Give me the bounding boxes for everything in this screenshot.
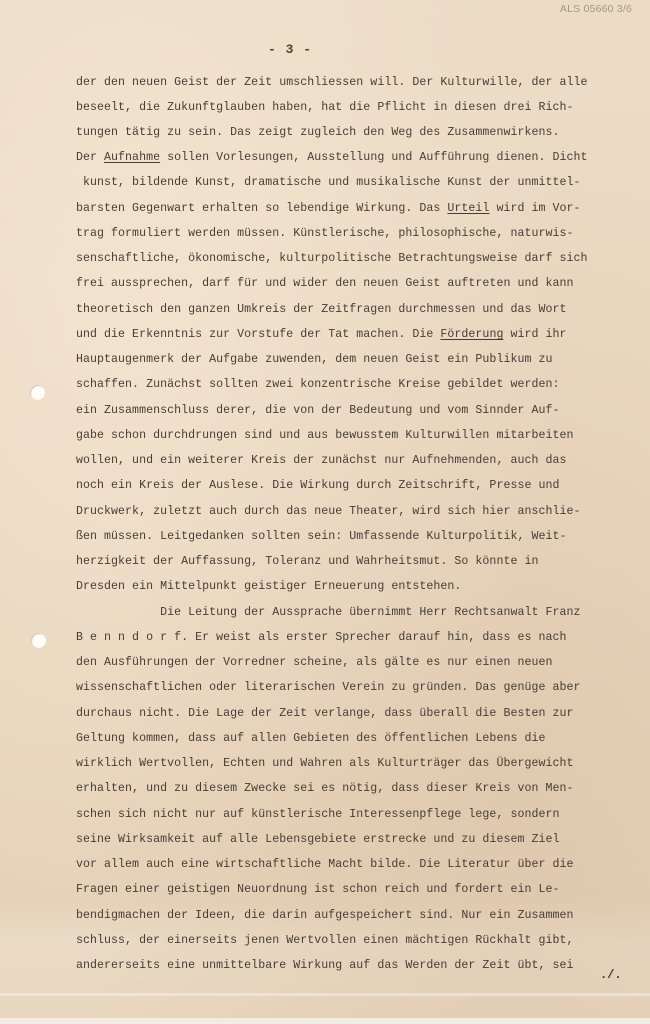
text-line: schen sich nicht nur auf künstlerische I… bbox=[76, 808, 560, 821]
text-line: erhalten, und zu diesem Zwecke sei es nö… bbox=[76, 782, 574, 795]
text-line: Die Leitung der Aussprache übernimmt Her… bbox=[76, 606, 581, 619]
text-line: der den neuen Geist der Zeit umschliesse… bbox=[76, 76, 588, 89]
text-line: schaffen. Zunächst sollten zwei konzentr… bbox=[76, 378, 560, 391]
underlined-term: Förderung bbox=[440, 328, 503, 341]
text-line: Dresden ein Mittelpunkt geistiger Erneue… bbox=[76, 580, 461, 593]
paper-bottom-edge bbox=[0, 1018, 650, 1024]
text-line: durchaus nicht. Die Lage der Zeit verlan… bbox=[76, 707, 574, 720]
text-line: wirklich Wertvollen, Echten und Wahren a… bbox=[76, 757, 574, 770]
text-line: Der Aufnahme sollen Vorlesungen, Ausstel… bbox=[76, 151, 588, 164]
text-line: Fragen einer geistigen Neuordnung ist sc… bbox=[76, 883, 560, 896]
text-line: Geltung kommen, dass auf allen Gebieten … bbox=[76, 732, 546, 745]
text-line: barsten Gegenwart erhalten so lebendige … bbox=[76, 202, 581, 215]
text-line: B e n n d o r f. Er weist als erster Spr… bbox=[76, 631, 567, 644]
text-line: Druckwerk, zuletzt auch durch das neue T… bbox=[76, 505, 581, 518]
text-line: ein Zusammenschluss derer, die von der B… bbox=[76, 404, 560, 417]
text-line: tungen tätig zu sein. Das zeigt zugleich… bbox=[76, 126, 560, 139]
text-line: herzigkeit der Auffassung, Toleranz und … bbox=[76, 555, 539, 568]
punch-hole-icon bbox=[31, 633, 46, 648]
archive-reference: ALS 05660 3/6 bbox=[560, 3, 632, 15]
text-line: andererseits eine unmittelbare Wirkung a… bbox=[76, 959, 574, 972]
text-line: vor allem auch eine wirtschaftliche Mach… bbox=[76, 858, 574, 871]
text-line: theoretisch den ganzen Umkreis der Zeitf… bbox=[76, 303, 567, 316]
text-line: frei aussprechen, darf für und wider den… bbox=[76, 277, 574, 290]
text-line: bendigmachen der Ideen, die darin aufges… bbox=[76, 909, 574, 922]
punch-hole-icon bbox=[30, 385, 45, 400]
typewritten-page: ALS 05660 3/6 - 3 - der den neuen Geist … bbox=[0, 0, 650, 1024]
text-line: und die Erkenntnis zur Vorstufe der Tat … bbox=[76, 328, 567, 341]
text-line: wollen, und ein weiterer Kreis der zunäc… bbox=[76, 454, 567, 467]
text-line: Hauptaugenmerk der Aufgabe zuwenden, dem… bbox=[76, 353, 553, 366]
text-line: noch ein Kreis der Auslese. Die Wirkung … bbox=[76, 479, 560, 492]
text-line: gabe schon durchdrungen sind und aus bew… bbox=[76, 429, 574, 442]
continuation-mark: ./. bbox=[600, 968, 622, 982]
text-line: trag formuliert werden müssen. Künstleri… bbox=[76, 227, 574, 240]
underlined-term: Urteil bbox=[447, 202, 489, 215]
text-line: beseelt, die Zukunftglauben haben, hat d… bbox=[76, 101, 574, 114]
paper-fold-line bbox=[0, 993, 650, 996]
text-line: schluss, der einerseits jenen Wertvollen… bbox=[76, 934, 574, 947]
text-line: senschaftliche, ökonomische, kulturpolit… bbox=[76, 252, 588, 265]
text-line: kunst, bildende Kunst, dramatische und m… bbox=[76, 176, 581, 189]
page-number: - 3 - bbox=[268, 42, 312, 57]
underlined-term: Aufnahme bbox=[104, 151, 160, 164]
text-line: seine Wirksamkeit auf alle Lebensgebiete… bbox=[76, 833, 560, 846]
text-line: ßen müssen. Leitgedanken sollten sein: U… bbox=[76, 530, 567, 543]
text-line: wissenschaftlichen oder literarischen Ve… bbox=[76, 681, 581, 694]
text-line: den Ausführungen der Vorredner scheine, … bbox=[76, 656, 553, 669]
